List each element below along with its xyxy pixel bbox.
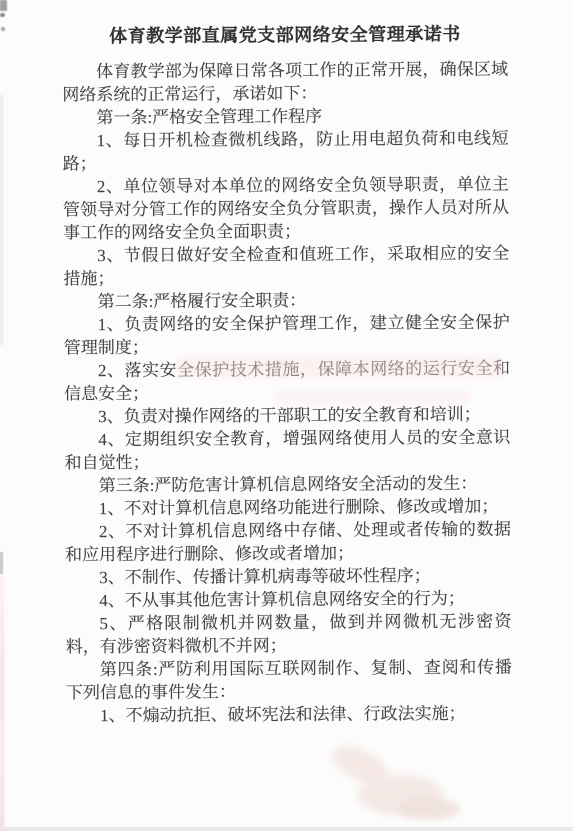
paragraph: 第一条:严格安全管理工作程序 xyxy=(62,104,508,130)
paragraph: 2、单位领导对本单位的网络安全负领导职责，单位主管领导对分管工作的网络安全负分管… xyxy=(63,173,509,245)
document-title: 体育教学部直属党支部网络安全管理承诺书 xyxy=(62,21,508,50)
scanned-document-page: 体育教学部直属党支部网络安全管理承诺书 体育教学部为保障日常各项工作的正常开展，… xyxy=(0,0,573,831)
paragraph: 体育教学部为保障日常各项工作的正常开展，确保区域网络系统的正常运行，承诺如下： xyxy=(62,58,508,107)
paragraph: 1、不对计算机信息网络功能进行删除、修改或增加； xyxy=(65,495,511,521)
paragraph: 1、不煽动抗拒、破坏宪法和法律、行政法实施； xyxy=(66,702,512,728)
paragraph: 2、落实安全保护技术措施，保障本网络的运行安全和信息安全； xyxy=(64,357,510,406)
paragraph: 5、严格限制微机并网数量，做到并网微机无涉密资料，有涉密资料微机不并网； xyxy=(65,610,511,659)
document-content: 体育教学部直属党支部网络安全管理承诺书 体育教学部为保障日常各项工作的正常开展，… xyxy=(62,21,512,728)
paragraph: 1、每日开机检查微机线路，防止用电超负荷和电线短路； xyxy=(63,127,509,176)
scan-artifact-corner-mark xyxy=(0,0,7,11)
scan-artifact-edge-pink-strip xyxy=(0,575,4,831)
paragraph: 第二条:严格履行安全职责： xyxy=(63,288,509,314)
document-body: 体育教学部为保障日常各项工作的正常开展，确保区域网络系统的正常运行，承诺如下：第… xyxy=(62,58,512,728)
paragraph: 3、节假日做好安全检查和值班工作，采取相应的安全措施； xyxy=(63,242,509,291)
paragraph: 2、不对计算机信息网络中存储、处理或者传输的数据和应用程序进行删除、修改或者增加… xyxy=(65,518,511,567)
paragraph: 3、负责对操作网络的干部职工的安全教育和培训； xyxy=(64,403,510,429)
scan-artifact-edge-speck xyxy=(1,27,5,31)
scan-artifact-smudge xyxy=(398,798,460,820)
paragraph: 第三条:严防危害计算机信息网络安全活动的发生： xyxy=(65,472,511,498)
paragraph: 第四条:严防利用国际互联网制作、复制、查阅和传播下列信息的事件发生： xyxy=(66,656,512,705)
scan-artifact-smudge xyxy=(326,739,393,792)
paragraph: 3、不制作、传播计算机病毒等破坏性程序； xyxy=(65,564,511,590)
scan-artifact-edge-gray-strip xyxy=(0,95,3,345)
scan-artifact-bottom-edge xyxy=(0,827,573,831)
scan-artifact-edge-speck xyxy=(0,13,5,17)
scan-artifact-smudge xyxy=(358,775,443,815)
scan-artifact-edge-gray-dash xyxy=(0,552,3,574)
paragraph: 4、定期组织安全教育，增强网络使用人员的安全意识和自觉性； xyxy=(64,426,510,475)
paragraph: 4、不从事其他危害计算机信息网络安全的行为； xyxy=(65,587,511,613)
paragraph: 1、负责网络的安全保护管理工作，建立健全安全保护管理制度； xyxy=(64,311,510,360)
